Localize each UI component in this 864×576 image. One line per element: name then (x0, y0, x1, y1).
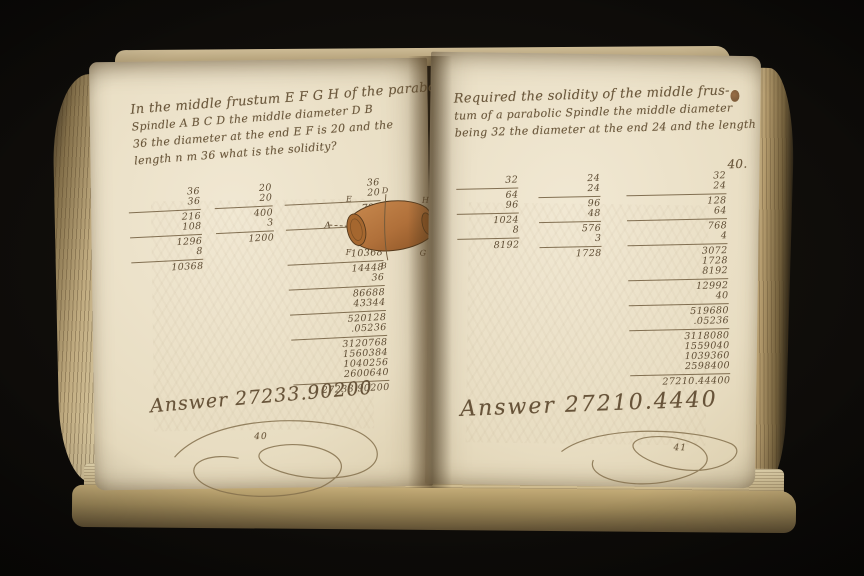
left-column-2: 20 20 400 3 1200 (214, 183, 275, 246)
work-line: 24 (538, 184, 600, 195)
pen-flourish (551, 419, 762, 494)
work-line: 2598400 (630, 361, 730, 373)
work-line: 1024 (457, 216, 519, 227)
label-E: E (345, 195, 352, 204)
pen-flourish (160, 410, 411, 505)
left-column-1: 36 36 216 108 1296 8 10368 (128, 187, 204, 275)
work-line: 8192 (457, 241, 519, 252)
photo-of-manuscript-book: In the middle frustum E F G H of the par… (0, 0, 864, 576)
work-line: 1200 (216, 233, 274, 246)
work-line: 576 (539, 224, 601, 235)
work-line: 24 (626, 181, 726, 193)
work-line: 96 (457, 201, 519, 212)
label-D: D (381, 186, 389, 195)
work-line: 32 (456, 176, 518, 187)
left-page: In the middle frustum E F G H of the par… (89, 58, 433, 491)
right-column-3: 32 24 128 64 768 4 3072 1728 8192 12992 … (626, 171, 730, 388)
right-column-2: 24 24 96 48 576 3 1728 (538, 174, 602, 260)
label-A: A (323, 221, 331, 231)
work-line: 10368 (131, 262, 203, 276)
label-F: F (345, 248, 352, 257)
work-line: 48 (539, 209, 601, 220)
work-line: 64 (627, 206, 727, 218)
work-line: 8 (457, 226, 519, 237)
label-B: B (380, 261, 387, 270)
label-G: G (420, 249, 427, 258)
work-line: 8192 (628, 266, 728, 278)
right-page-number: 41 (673, 443, 687, 453)
work-line: .05236 (629, 316, 729, 328)
work-line: 40 (628, 291, 728, 303)
right-page: Required the solidity of the middle frus… (425, 52, 761, 489)
work-line: 3 (539, 234, 601, 245)
work-line: 4 (627, 231, 727, 243)
left-page-number: 40 (254, 432, 268, 442)
work-line: 1728 (540, 249, 602, 260)
right-column-1: 32 64 96 1024 8 8192 (456, 176, 520, 252)
